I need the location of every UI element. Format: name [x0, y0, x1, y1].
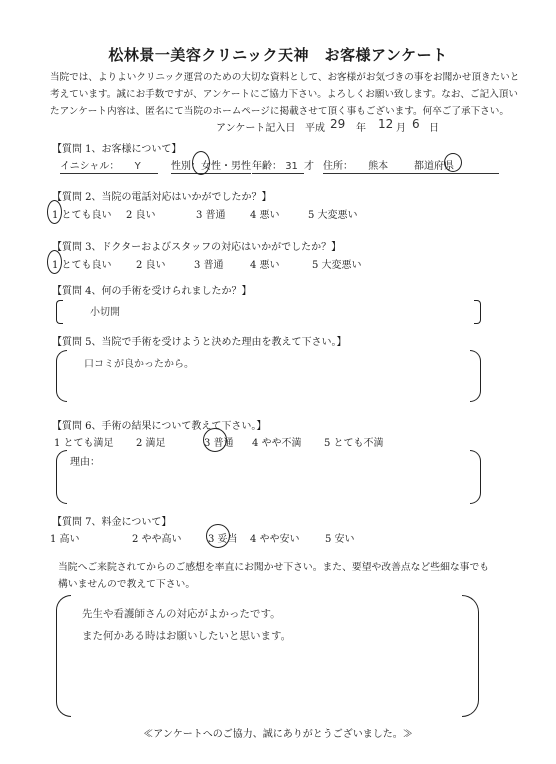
q5-bracket-right	[470, 350, 481, 402]
q1-initial-field[interactable]: イニシャル： Y	[60, 157, 158, 174]
date-year[interactable]: 29	[330, 117, 345, 131]
survey-title: 松林景一美容クリニック天神 お客様アンケート	[0, 44, 556, 65]
age-label: 年齢：	[252, 161, 282, 172]
q1-address-field[interactable]: 住所： 熊本	[323, 157, 499, 174]
q2-option-4[interactable]: 4 悪い	[250, 206, 280, 221]
q7-option-1[interactable]: 1 高い	[50, 530, 80, 545]
initial-value: Y	[135, 161, 141, 172]
q6-option-4[interactable]: 4 やや不満	[252, 434, 302, 449]
q4-bracket-left	[56, 300, 63, 324]
q7-option-5[interactable]: 5 安い	[325, 530, 355, 545]
q4-bracket-right	[474, 300, 481, 324]
q6-selection-circle	[203, 428, 227, 452]
q7-option-2[interactable]: 2 やや高い	[132, 530, 182, 545]
q7-option-4[interactable]: 4 やや安い	[250, 530, 300, 545]
gender-separator: ・	[221, 161, 231, 172]
date-month[interactable]: 12	[378, 117, 393, 131]
q3-option-2[interactable]: 2 良い	[136, 256, 166, 271]
comments-line-1[interactable]: 先生や看護師さんの対応がよかったです。	[82, 606, 281, 621]
q7-selection-circle	[206, 524, 230, 548]
q3-heading: 【質問 3、ドクターおよびスタッフの対応はいかがでしたか？】	[52, 238, 341, 253]
date-month-unit: 月	[396, 119, 406, 134]
date-row: アンケート記入日	[216, 119, 295, 134]
date-day-unit: 日	[429, 119, 439, 134]
prefecture-selection-circle	[444, 153, 462, 172]
q4-heading: 【質問 4、何の手術を受けられましたか？】	[52, 282, 252, 297]
footer-thanks: ≪アンケートへのご協力、誠にありがとうございました。≫	[0, 725, 556, 740]
intro-text: 当院では、よりよいクリニック運営のための大切な資料として、お客様がお気づきの事を…	[50, 69, 520, 120]
gender-selection-circle	[192, 151, 210, 175]
comments-bracket-right	[462, 595, 479, 717]
date-era: 平成	[305, 119, 325, 134]
age-unit: 才	[304, 157, 314, 172]
q6-heading: 【質問 6、手術の結果について教えて下さい。】	[52, 417, 266, 432]
q3-option-5[interactable]: 5 大変悪い	[312, 256, 362, 271]
q5-heading: 【質問 5、当院で手術を受けようと決めた理由を教えて下さい。】	[52, 333, 347, 348]
q2-option-3[interactable]: 3 普通	[196, 206, 226, 221]
comments-bracket-left	[56, 595, 71, 717]
comments-prompt: 当院へご来院されてからのご感想を率直にお聞かせ下さい。また、要望や改善点など些細…	[58, 559, 498, 593]
q1-heading: 【質問 1、お客様について】	[52, 140, 181, 155]
q5-answer[interactable]: 口コミが良かったから。	[84, 355, 194, 370]
q1-age-field[interactable]: 年齢： 31	[252, 157, 304, 174]
q2-option-2[interactable]: 2 良い	[126, 206, 156, 221]
q6-option-2[interactable]: 2 満足	[136, 434, 166, 449]
q1-gender-field[interactable]: 性別：女性・男性	[171, 157, 251, 174]
date-label: アンケート記入日	[216, 123, 295, 134]
address-label: 住所：	[323, 161, 353, 172]
date-day[interactable]: 6	[412, 117, 420, 131]
address-value: 熊本	[368, 161, 388, 172]
q6-option-5[interactable]: 5 とても不満	[324, 434, 384, 449]
q6-option-1[interactable]: 1 とても満足	[54, 434, 114, 449]
q6-bracket-right	[470, 450, 481, 504]
q5-bracket-left	[56, 350, 67, 402]
q3-option-4[interactable]: 4 悪い	[250, 256, 280, 271]
initial-label: イニシャル：	[60, 161, 119, 172]
q3-option-3[interactable]: 3 普通	[194, 256, 224, 271]
age-value: 31	[285, 161, 298, 172]
q2-heading: 【質問 2、当院の電話対応はいかがでしたか？】	[52, 188, 272, 203]
q2-option-5[interactable]: 5 大変悪い	[308, 206, 358, 221]
q4-answer[interactable]: 小切開	[90, 303, 120, 318]
q7-heading: 【質問 7、料金について】	[52, 513, 171, 528]
gender-option-male[interactable]: 男性	[231, 161, 251, 172]
comments-line-2[interactable]: また何かある時はお願いしたいと思います。	[82, 628, 291, 643]
q6-reason-label: 理由：	[70, 453, 100, 468]
q3-selection-circle	[47, 250, 62, 274]
q2-selection-circle	[47, 200, 62, 224]
date-year-unit: 年	[356, 119, 366, 134]
q6-bracket-left	[56, 450, 67, 504]
